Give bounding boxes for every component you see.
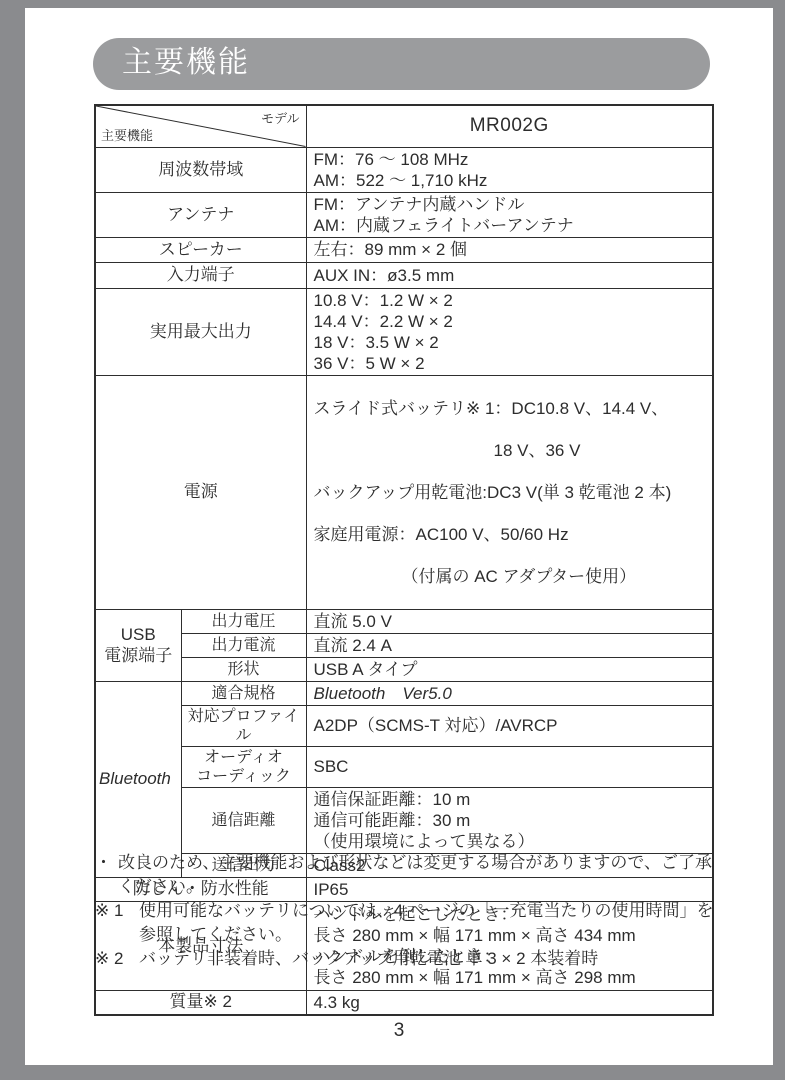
group-label-bluetooth: Bluetooth — [95, 681, 181, 877]
row-value-bt-codec: SBC — [306, 746, 713, 787]
row-value-aux: AUX IN：ø3.5 mm — [306, 262, 713, 288]
table-row: 電源 スライド式バッテリ※ 1：DC10.8 V、14.4 V、 18 V、36… — [95, 375, 713, 609]
table-row: スピーカー 左右：89 mm × 2 個 — [95, 237, 713, 262]
row-value-max-output: 10.8 V：1.2 W × 2 14.4 V：2.2 W × 2 18 V：3… — [306, 288, 713, 375]
table-row: Bluetooth 適合規格 Bluetooth Ver5.0 — [95, 681, 713, 705]
row-label-speaker: スピーカー — [95, 237, 306, 262]
row-value-mass: 4.3 kg — [306, 990, 713, 1015]
footnote-bullet: ・ — [95, 851, 118, 875]
table-row: オーディオ コーディック SBC — [95, 746, 713, 787]
row-value-power: スライド式バッテリ※ 1：DC10.8 V、14.4 V、 18 V、36 V … — [306, 375, 713, 609]
row-label-usb-shape: 形状 — [181, 657, 306, 681]
section-title: 主要機能 — [93, 38, 710, 88]
page-number: 3 — [25, 1020, 773, 1042]
table-row: 実用最大出力 10.8 V：1.2 W × 2 14.4 V：2.2 W × 2… — [95, 288, 713, 375]
row-label-mass: 質量※ 2 — [95, 990, 306, 1015]
row-value-speaker: 左右：89 mm × 2 個 — [306, 237, 713, 262]
table-row: 質量※ 2 4.3 kg — [95, 990, 713, 1015]
manual-page: 主要機能 モデル 主要機能 — [25, 8, 773, 1065]
group-label-usb: USB 電源端子 — [95, 609, 181, 681]
row-value-usb-voltage: 直流 5.0 V — [306, 609, 713, 633]
table-row: 出力電流 直流 2.4 A — [95, 633, 713, 657]
footnote-ref-2: ※ 2 バッテリ非装着時、バックアップ用乾電池 単 3 × 2 本装着時 — [95, 947, 717, 971]
row-value-frequency: FM：76 ～ 108 MHz AM：522 ～ 1,710 kHz — [306, 147, 713, 192]
power-line-ac: 家庭用電源：AC100 V、50/60 Hz — [314, 524, 711, 545]
row-label-antenna: アンテナ — [95, 192, 306, 237]
row-value-usb-current: 直流 2.4 A — [306, 633, 713, 657]
table-row: 形状 USB A タイプ — [95, 657, 713, 681]
footnote-marker: ※ 2 — [95, 947, 139, 971]
row-label-aux: 入力端子 — [95, 262, 306, 288]
model-name: MR002G — [306, 105, 713, 147]
table-row: アンテナ FM：アンテナ内蔵ハンドル AM：内蔵フェライトバーアンテナ — [95, 192, 713, 237]
row-value-usb-shape: USB A タイプ — [306, 657, 713, 681]
row-label-bt-spec: 適合規格 — [181, 681, 306, 705]
footnote-ref-1: ※ 1 使用可能なバッテリについては、4 ページの「一充電当たりの使用時間」を参… — [95, 899, 717, 947]
power-line-adapter: （付属の AC アダプター使用） — [402, 566, 711, 587]
document-viewport: 主要機能 モデル 主要機能 — [0, 0, 785, 1080]
corner-label-model: モデル — [261, 108, 299, 127]
corner-label-feature: 主要機能 — [101, 125, 153, 144]
footnotes: ・ 改良のため、主要機能および形状などは変更する場合がありますので、ご了承くださ… — [95, 851, 717, 971]
footnote-text: 改良のため、主要機能および形状などは変更する場合がありますので、ご了承ください。 — [118, 851, 717, 899]
row-value-bt-range: 通信保証距離：10 m 通信可能距離：30 m （使用環境によって異なる） — [306, 787, 713, 853]
footnote-marker: ※ 1 — [95, 899, 139, 923]
table-row: 対応プロファイル A2DP（SCMS-T 対応）/AVRCP — [95, 705, 713, 746]
section-title-bar: 主要機能 — [93, 38, 710, 90]
table-header-row: モデル 主要機能 MR002G — [95, 105, 713, 147]
row-label-max-output: 実用最大出力 — [95, 288, 306, 375]
power-line-battery-cont: 18 V、36 V — [494, 440, 711, 461]
footnote-text: 使用可能なバッテリについては、4 ページの「一充電当たりの使用時間」を参照してく… — [139, 899, 717, 947]
footnote-revision: ・ 改良のため、主要機能および形状などは変更する場合がありますので、ご了承くださ… — [95, 851, 717, 899]
row-label-power: 電源 — [95, 375, 306, 609]
table-row: 通信距離 通信保証距離：10 m 通信可能距離：30 m （使用環境によって異な… — [95, 787, 713, 853]
table-row: 入力端子 AUX IN：ø3.5 mm — [95, 262, 713, 288]
row-label-usb-current: 出力電流 — [181, 633, 306, 657]
table-row: USB 電源端子 出力電圧 直流 5.0 V — [95, 609, 713, 633]
diagonal-header-cell: モデル 主要機能 — [95, 105, 306, 147]
row-label-frequency: 周波数帯域 — [95, 147, 306, 192]
table-row: 周波数帯域 FM：76 ～ 108 MHz AM：522 ～ 1,710 kHz — [95, 147, 713, 192]
row-label-bt-range: 通信距離 — [181, 787, 306, 853]
row-label-usb-voltage: 出力電圧 — [181, 609, 306, 633]
row-label-bt-codec: オーディオ コーディック — [181, 746, 306, 787]
row-value-bt-profile: A2DP（SCMS-T 対応）/AVRCP — [306, 705, 713, 746]
row-value-bt-spec: Bluetooth Ver5.0 — [306, 681, 713, 705]
power-line-backup: バックアップ用乾電池:DC3 V(単 3 乾電池 2 本) — [314, 482, 711, 503]
footnote-text: バッテリ非装着時、バックアップ用乾電池 単 3 × 2 本装着時 — [139, 947, 717, 971]
row-label-bt-profile: 対応プロファイル — [181, 705, 306, 746]
row-value-antenna: FM：アンテナ内蔵ハンドル AM：内蔵フェライトバーアンテナ — [306, 192, 713, 237]
power-line-battery: スライド式バッテリ※ 1：DC10.8 V、14.4 V、 — [314, 398, 711, 419]
